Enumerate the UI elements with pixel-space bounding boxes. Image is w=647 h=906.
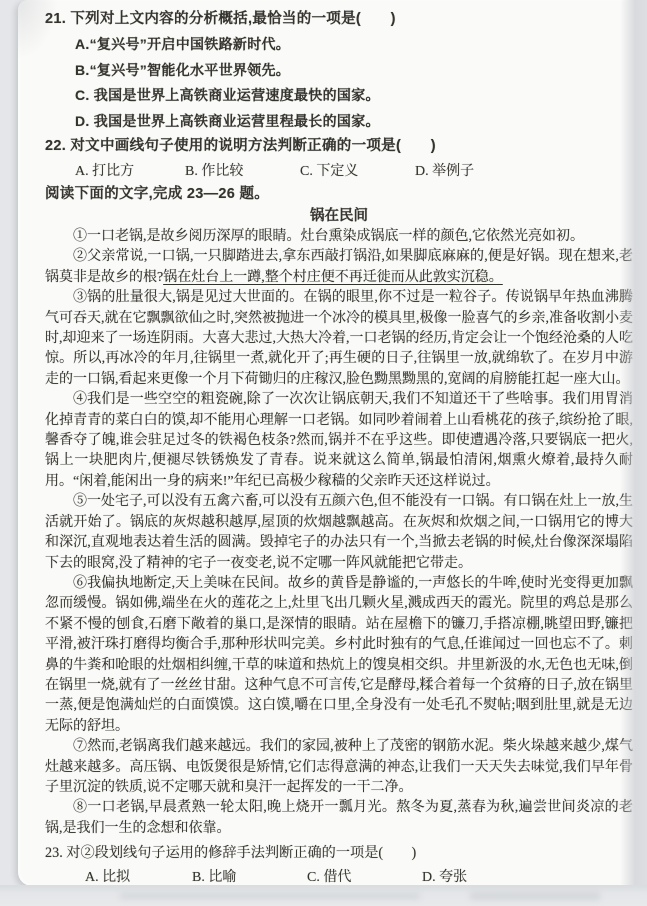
question-21: 21. 下列对上文内容的分析概括,最恰当的一项是( ) A.“复兴号”开启中国铁…: [45, 7, 647, 134]
essay-paragraph-1: ①一口老锅,是故乡阅历深厚的眼睛。灶台熏染成锅底一样的颜色,它依然光亮如初。: [45, 227, 633, 247]
question-21-option-a: A.“复兴号”开启中国铁路新时代。: [45, 32, 647, 58]
question-22-option-c: C. 下定义: [300, 159, 415, 184]
essay-paragraph-7: ⑦然而,老锅离我们越来越远。我们的家园,被种上了茂密的钢筋水泥。柴火垛越来越少,…: [45, 737, 633, 798]
question-23: 23. 对②段划线句子运用的修辞手法判断正确的一项是( ) A. 比拟 B. 比…: [45, 841, 647, 890]
question-23-stem: 23. 对②段划线句子运用的修辞手法判断正确的一项是( ): [45, 841, 647, 865]
question-22-stem: 22. 对文中画线句子使用的说明方法判断正确的一项是( ): [45, 134, 647, 159]
underlined-sentence: 锅在灶台上一蹲,整个村庄便不再迁徙而从此敦实沉稳。: [163, 270, 503, 285]
question-21-option-d: D. 我国是世界上高铁商业运营里程最长的国家。: [45, 109, 647, 135]
scanned-exam-screenshot: 21. 下列对上文内容的分析概括,最恰当的一项是( ) A.“复兴号”开启中国铁…: [0, 0, 647, 906]
question-22-option-b: B. 作比较: [185, 159, 300, 184]
question-22-option-d: D. 举例子: [415, 159, 474, 184]
question-22-option-a: A. 打比方: [75, 159, 185, 184]
essay-paragraph-8: ⑧一口老锅,早晨煮熟一轮太阳,晚上烧开一瓢月光。熬冬为夏,蒸春为秋,遍尝世间炎凉…: [45, 798, 633, 839]
essay-paragraph-2: ②父亲常说,一口锅,一只脚踏进去,拿东西敲打锅沿,如果脚底麻麻的,便是好锅。现在…: [45, 247, 633, 288]
question-22-options: A. 打比方 B. 作比较 C. 下定义 D. 举例子: [45, 159, 647, 184]
bleedthrough-smudge: [470, 892, 600, 900]
reading-passage: 锅在民间 ①一口老锅,是故乡阅历深厚的眼睛。灶台熏染成锅底一样的颜色,它依然光亮…: [45, 206, 647, 839]
question-21-option-b: B.“复兴号”智能化水平世界领先。: [45, 58, 647, 84]
essay-paragraph-4: ④我们是一些空空的粗瓷碗,除了一次次让锅底朝天,我们不知道还干了些啥事。我们用胃…: [45, 390, 633, 492]
bleedthrough-smudge: [120, 893, 420, 899]
essay-title: 锅在民间: [45, 206, 633, 227]
question-21-option-c: C. 我国是世界上高铁商业运营速度最快的国家。: [45, 83, 647, 109]
essay-paragraph-5: ⑤一处宅子,可以没有五禽六畜,可以没有五颜六色,但不能没有一口锅。有口锅在灶上一…: [45, 492, 633, 574]
question-21-stem: 21. 下列对上文内容的分析概括,最恰当的一项是( ): [45, 7, 647, 32]
essay-paragraph-3: ③锅的肚量很大,锅是见过大世面的。在锅的眼里,你不过是一粒谷子。传说锅早年热血沸…: [45, 288, 633, 390]
question-22: 22. 对文中画线句子使用的说明方法判断正确的一项是( ) A. 打比方 B. …: [45, 134, 647, 184]
essay-paragraph-6: ⑥我偏执地断定,天上美味在民间。故乡的黄昏是静谧的,一声悠长的牛哞,使时光变得更…: [45, 574, 633, 737]
exam-page: 21. 下列对上文内容的分析概括,最恰当的一项是( ) A.“复兴号”开启中国铁…: [18, 0, 647, 886]
reading-instruction: 阅读下面的文字,完成 23—26 题。: [45, 184, 647, 205]
